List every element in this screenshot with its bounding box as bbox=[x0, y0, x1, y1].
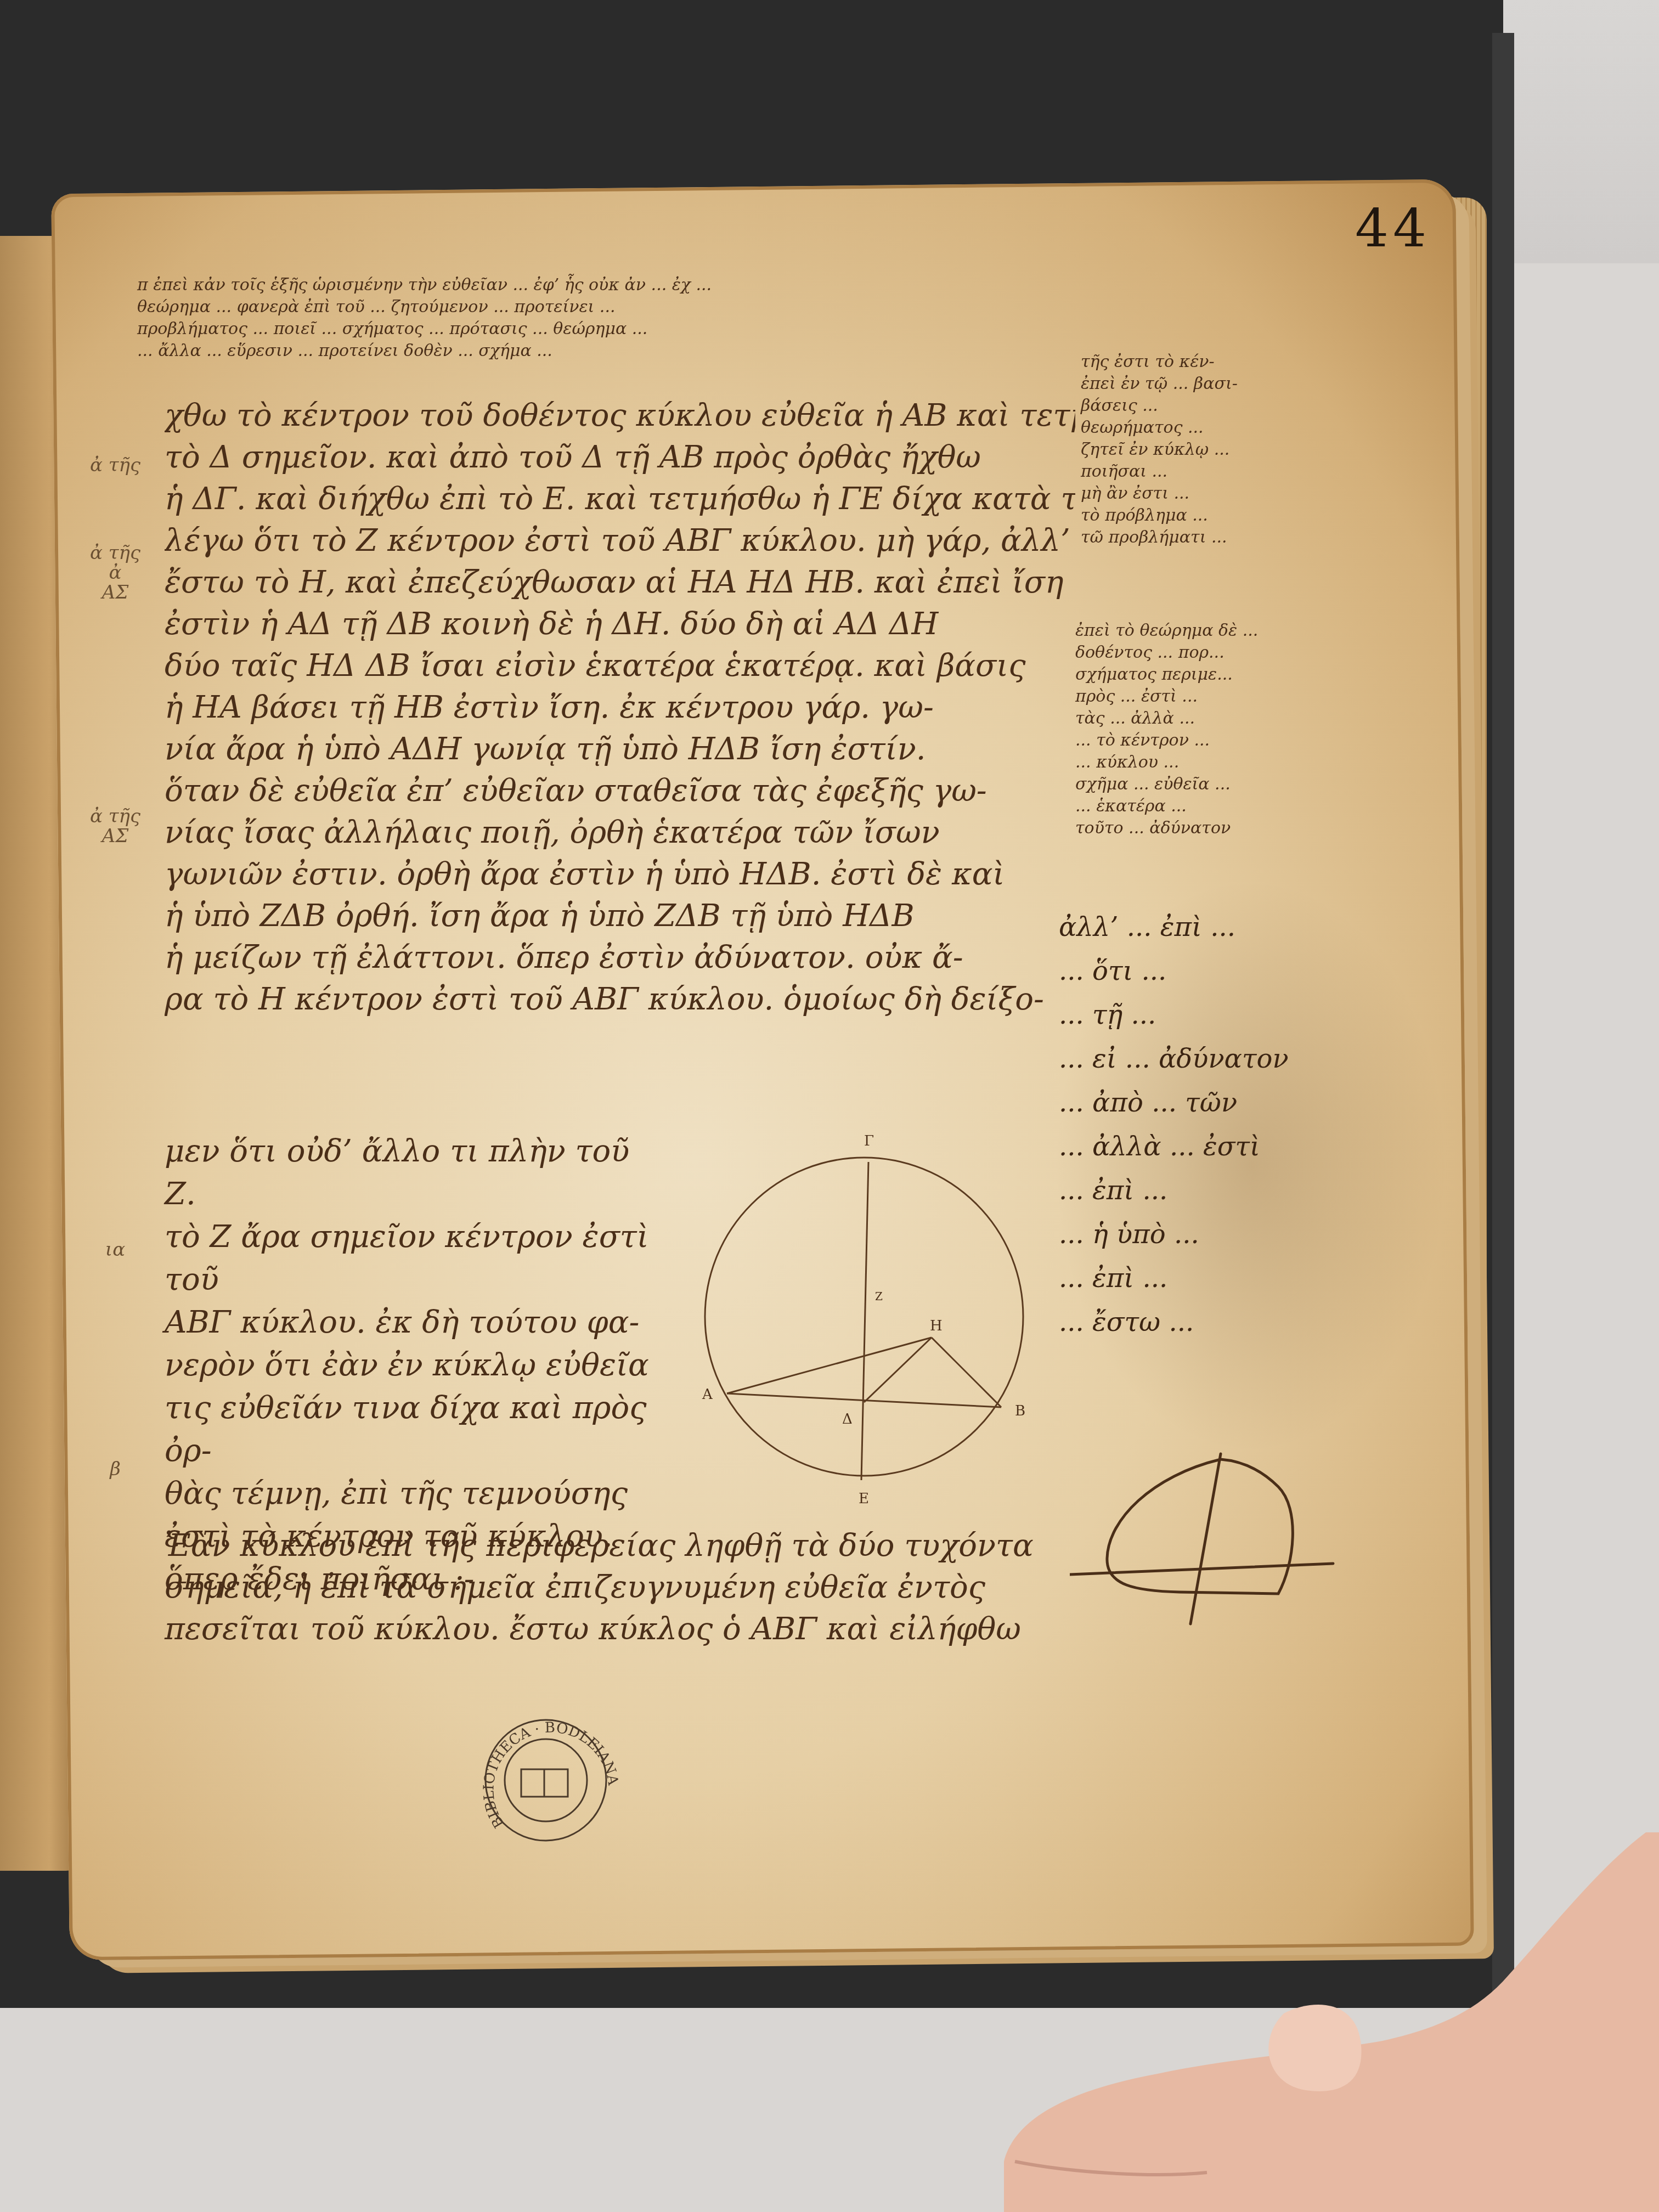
label-epsilon: Ε bbox=[859, 1491, 869, 1507]
text-line: ἐστὶν ἡ ΑΔ τῇ ΔΒ κοινὴ δὲ ἡ ΔΗ. δύο δὴ α… bbox=[165, 603, 1075, 645]
text-line: ἡ ΗΑ βάσει τῇ ΗΒ ἐστὶν ἴση. ἐκ κέντρου γ… bbox=[165, 687, 1075, 729]
margin-note-line: ... ἔστω ... bbox=[1059, 1300, 1443, 1344]
margin-note-line: τῶ προβλήματι ... bbox=[1081, 527, 1426, 549]
text-line: Ἐὰν κύκλου ἐπὶ τῆς περιφερείας ληφθῇ τὰ … bbox=[165, 1525, 1075, 1567]
stamp-text: BIBLIOTHECA · BODLEIANA bbox=[481, 1719, 621, 1831]
margin-note-text: ἀ τῆς bbox=[88, 455, 143, 475]
text-line: νία ἄρα ἡ ὑπὸ ΑΔΗ γωνίᾳ τῇ ὑπὸ ΗΔΒ ἴση ἐ… bbox=[165, 729, 1075, 770]
margin-note-text: ἀ τῆς bbox=[88, 806, 143, 826]
left-margin-note: ια bbox=[88, 1240, 143, 1260]
label-delta: Δ bbox=[842, 1411, 853, 1427]
margin-sketch bbox=[1070, 1426, 1344, 1646]
text-line: ὅταν δὲ εὐθεῖα ἐπ’ εὐθεῖαν σταθεῖσα τὰς … bbox=[165, 770, 1075, 812]
margin-note-line: ... ἑκατέρα ... bbox=[1075, 795, 1426, 817]
text-line: νίας ἴσας ἀλλήλαις ποιῇ, ὀρθὴ ἑκατέρα τῶ… bbox=[165, 812, 1075, 854]
folio-number: 44 bbox=[1355, 198, 1431, 259]
label-alpha: Α bbox=[702, 1386, 713, 1403]
margin-note-line: τῆς ἐστι τὸ κέν- bbox=[1081, 351, 1426, 373]
chord-alpha-beta bbox=[727, 1393, 1001, 1407]
margin-note-text: β bbox=[88, 1459, 143, 1479]
right-margin-notes-top: τῆς ἐστι τὸ κέν- ἐπεὶ ἐν τῷ ... βασι- βά… bbox=[1081, 351, 1426, 549]
margin-note-line: θεωρήματος ... bbox=[1081, 417, 1426, 439]
sketch-vertical bbox=[1190, 1454, 1221, 1624]
margin-note-line: ζητεῖ ἐν κύκλῳ ... bbox=[1081, 439, 1426, 461]
margin-note-line: πρὸς ... ἐστὶ ... bbox=[1075, 686, 1426, 708]
margin-note-line: βάσεις ... bbox=[1081, 395, 1426, 417]
margin-note-text: ἀ τῆς ἀ bbox=[88, 543, 143, 583]
text-line: ΑΒΓ κύκλου. ἐκ δὴ τούτου φα- bbox=[165, 1301, 658, 1344]
margin-note-line: ... ὅτι ... bbox=[1059, 949, 1443, 993]
text-line: ἔστω τὸ Η, καὶ ἐπεζεύχθωσαν αἱ ΗΑ ΗΔ ΗΒ.… bbox=[165, 562, 1075, 603]
text-line: τὸ Ζ ἄρα σημεῖον κέντρον ἐστὶ τοῦ bbox=[165, 1216, 658, 1301]
margin-note-line: ποιῆσαι ... bbox=[1081, 461, 1426, 483]
margin-note-line: ... τῇ ... bbox=[1059, 993, 1443, 1037]
left-margin-note: ἀ τῆς ΑΣ bbox=[88, 806, 143, 846]
margin-note-line: ... τὸ κέντρον ... bbox=[1075, 730, 1426, 752]
right-margin-notes-lower: ἀλλ’ ... ἐπὶ ... ... ὅτι ... ... τῇ ... … bbox=[1059, 905, 1443, 1344]
header-notes: π ἐπεὶ κἀν τοῖς ἑξῆς ὡρισμένην τὴν εὐθεῖ… bbox=[137, 274, 1454, 362]
margin-note-line: δοθέντος ... πορ... bbox=[1075, 642, 1426, 664]
right-margin-notes-middle: ἐπεὶ τὸ θεώρημα δὲ ... δοθέντος ... πορ.… bbox=[1075, 620, 1426, 839]
board-edge bbox=[1492, 33, 1514, 2008]
margin-note-line: σχῆμα ... εὐθεῖα ... bbox=[1075, 774, 1426, 795]
header-note-line: π ἐπεὶ κἀν τοῖς ἑξῆς ὡρισμένην τὴν εὐθεῖ… bbox=[137, 274, 1454, 296]
diameter-gamma-epsilon bbox=[861, 1162, 868, 1480]
margin-note-line: ... ἐπὶ ... bbox=[1059, 1169, 1443, 1212]
bottom-text-block: Ἐὰν κύκλου ἐπὶ τῆς περιφερείας ληφθῇ τὰ … bbox=[165, 1525, 1075, 1650]
text-line: λέγω ὅτι τὸ Ζ κέντρον ἐστὶ τοῦ ΑΒΓ κύκλο… bbox=[165, 520, 1075, 562]
left-margin-note: ἀ τῆς ἀ ΑΣ bbox=[88, 543, 143, 602]
text-line: δύο ταῖς ΗΔ ΔΒ ἴσαι εἰσὶν ἑκατέρα ἑκατέρ… bbox=[165, 645, 1075, 687]
text-line: χθω τὸ κέντρον τοῦ δοθέντος κύκλου εὐθεῖ… bbox=[165, 395, 1075, 437]
label-beta: Β bbox=[1015, 1403, 1025, 1419]
margin-note-sub: ΑΣ bbox=[88, 826, 143, 846]
margin-note-line: ... ἀπὸ ... τῶν bbox=[1059, 1081, 1443, 1125]
text-line: σημεῖα, ἡ ἐπὶ τὰ σημεῖα ἐπιζευγνυμένη εὐ… bbox=[165, 1567, 1075, 1609]
margin-note-line: σχήματος περιμε... bbox=[1075, 664, 1426, 686]
text-line: ἡ ΔΓ. καὶ διήχθω ἐπὶ τὸ Ε. καὶ τετμήσθω … bbox=[165, 478, 1075, 520]
margin-note-line: ... εἰ ... ἀδύνατον bbox=[1059, 1037, 1443, 1081]
text-line: ρα τὸ Η κέντρον ἐστὶ τοῦ ΑΒΓ κύκλου. ὁμο… bbox=[165, 979, 1075, 1020]
text-line: τὸ Δ σημεῖον. καὶ ἀπὸ τοῦ Δ τῇ ΑΒ πρὸς ὀ… bbox=[165, 437, 1075, 478]
text-line: ἡ ὑπὸ ΖΔΒ ὀρθή. ἴση ἄρα ἡ ὑπὸ ΖΔΒ τῇ ὑπὸ… bbox=[165, 895, 1075, 937]
margin-note-sub: ΑΣ bbox=[88, 583, 143, 602]
geometric-diagram: Γ Α Β Ε Δ Η Ζ bbox=[686, 1125, 1070, 1509]
holding-hand bbox=[576, 1832, 1659, 2212]
text-line: γωνιῶν ἐστιν. ὀρθὴ ἄρα ἐστὶν ἡ ὑπὸ ΗΔΒ. … bbox=[165, 854, 1075, 895]
text-line: θὰς τέμνῃ, ἐπὶ τῆς τεμνούσης bbox=[165, 1472, 658, 1515]
text-line: τις εὐθεῖάν τινα δίχα καὶ πρὸς ὀρ- bbox=[165, 1387, 658, 1472]
line-alpha-eta bbox=[727, 1338, 932, 1393]
margin-note-text: ια bbox=[88, 1240, 143, 1260]
header-note-line: προβλήματος ... ποιεῖ ... σχήματος ... π… bbox=[137, 318, 1454, 340]
header-note-line: θεώρημα ... φανερὰ ἐπὶ τοῦ ... ζητούμενο… bbox=[137, 296, 1454, 318]
margin-note-line: ... ἐπὶ ... bbox=[1059, 1256, 1443, 1300]
margin-note-line: τοῦτο ... ἀδύνατον bbox=[1075, 817, 1426, 839]
margin-note-line: ἐπεὶ ἐν τῷ ... βασι- bbox=[1081, 373, 1426, 395]
margin-note-line: τὰς ... ἀλλὰ ... bbox=[1075, 708, 1426, 730]
left-margin-note: ἀ τῆς bbox=[88, 455, 143, 475]
margin-note-line: ... κύκλου ... bbox=[1075, 752, 1426, 774]
margin-note-line: μὴ ἂν ἐστι ... bbox=[1081, 483, 1426, 505]
left-margin-note: β bbox=[88, 1459, 143, 1479]
text-line: μεν ὅτι οὐδ’ ἄλλο τι πλὴν τοῦ Ζ. bbox=[165, 1130, 658, 1216]
margin-note-line: τὸ πρόβλημα ... bbox=[1081, 505, 1426, 527]
margin-note-line: ἀλλ’ ... ἐπὶ ... bbox=[1059, 905, 1443, 949]
text-line: ἡ μείζων τῇ ἐλάττονι. ὅπερ ἐστὶν ἀδύνατο… bbox=[165, 937, 1075, 979]
margin-note-line: ἐπεὶ τὸ θεώρημα δὲ ... bbox=[1075, 620, 1426, 642]
label-gamma: Γ bbox=[864, 1133, 874, 1149]
main-text-block: χθω τὸ κέντρον τοῦ δοθέντος κύκλου εὐθεῖ… bbox=[165, 395, 1075, 1020]
margin-note-line: ... ἡ ὑπὸ ... bbox=[1059, 1212, 1443, 1256]
label-zeta: Ζ bbox=[875, 1290, 883, 1303]
text-line: πεσεῖται τοῦ κύκλου. ἔστω κύκλος ὁ ΑΒΓ κ… bbox=[165, 1609, 1075, 1650]
margin-note-line: ... ἀλλὰ ... ἐστὶ bbox=[1059, 1125, 1443, 1169]
text-line: νερὸν ὅτι ἐὰν ἐν κύκλῳ εὐθεῖα bbox=[165, 1344, 658, 1387]
label-eta: Η bbox=[930, 1318, 943, 1334]
diagram-circle bbox=[705, 1158, 1023, 1476]
line-eta-beta bbox=[932, 1338, 1001, 1407]
